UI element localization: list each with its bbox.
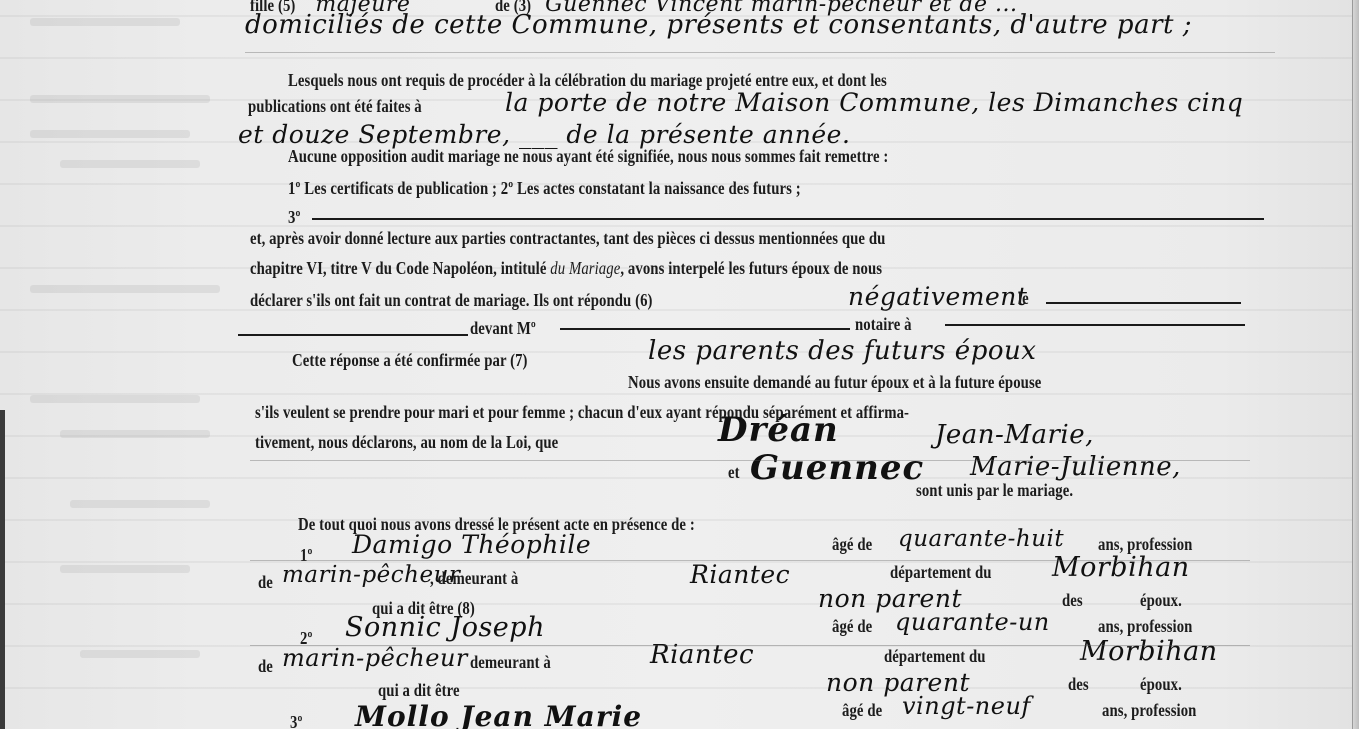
printed-label: âgé de bbox=[832, 534, 872, 555]
printed-label: ans, profession bbox=[1102, 700, 1196, 721]
blank-fill-line bbox=[312, 218, 1264, 220]
printed-label: département du bbox=[890, 562, 992, 583]
printed-label: publications ont été faites à bbox=[248, 96, 422, 117]
printed-paragraph-line: sont unis par le mariage. bbox=[916, 480, 1073, 501]
printed-text: déclarer s'ils ont fait un contrat de ma… bbox=[250, 290, 653, 311]
printed-label: le bbox=[1018, 288, 1029, 309]
blank-fill-line bbox=[238, 334, 468, 336]
handwritten-entry: négativement bbox=[848, 282, 1027, 311]
witness-name: Mollo Jean Marie bbox=[355, 700, 642, 729]
witness-name: Damigo Théophile bbox=[352, 530, 591, 559]
groom-given-names: Jean-Marie, bbox=[935, 420, 1094, 450]
witness-name: Sonnic Joseph bbox=[345, 612, 545, 643]
handwritten-entry: et douze Septembre, ___ de la présente a… bbox=[238, 120, 850, 149]
bleed-through-text bbox=[70, 500, 210, 508]
witness-department: Morbihan bbox=[1052, 552, 1190, 583]
printed-label: des bbox=[1068, 674, 1089, 695]
printed-label: et bbox=[728, 462, 740, 483]
ruled-line bbox=[250, 645, 1250, 646]
printed-paragraph-line: et, après avoir donné lecture aux partie… bbox=[250, 228, 885, 249]
witness-age: quarante-un bbox=[895, 608, 1050, 636]
handwritten-domicile-line: domiciliés de cette Commune, présents et… bbox=[245, 10, 1192, 40]
printed-label: de bbox=[258, 572, 273, 593]
bleed-through-text bbox=[30, 285, 220, 293]
printed-label: notaire à bbox=[855, 314, 912, 335]
printed-paragraph-line: Nous avons ensuite demandé au futur épou… bbox=[628, 372, 1041, 393]
printed-text-a: chapitre VI, titre V du Code Napoléon, i… bbox=[250, 258, 546, 278]
page-right-edge bbox=[1352, 0, 1359, 729]
groom-surname: Dréan bbox=[718, 410, 839, 450]
printed-label: âgé de bbox=[832, 616, 872, 637]
printed-label: demeurant à bbox=[470, 652, 551, 673]
publication-line: publications ont été faites à bbox=[248, 96, 460, 117]
printed-label: de bbox=[258, 656, 273, 677]
witness-number: 3º bbox=[290, 712, 302, 729]
printed-label: Cette réponse a été confirmée par (7) bbox=[292, 350, 528, 371]
printed-label: époux. bbox=[1140, 590, 1182, 611]
handwritten-entry: la porte de notre Maison Commune, les Di… bbox=[505, 88, 1243, 117]
blank-fill-line bbox=[560, 328, 850, 330]
printed-label: qui a dit être bbox=[378, 680, 460, 701]
printed-paragraph-line: tivement, nous déclarons, au nom de la L… bbox=[255, 432, 558, 453]
printed-text-b: , avons interpelé les futurs époux de no… bbox=[620, 258, 882, 278]
bride-surname: Guennec bbox=[750, 448, 924, 488]
bleed-through-text bbox=[60, 160, 200, 168]
blank-fill-line bbox=[945, 324, 1245, 326]
ruled-line bbox=[250, 460, 1250, 461]
witness-profession: marin-pêcheur bbox=[282, 644, 468, 672]
printed-italic-title: du Mariage bbox=[550, 258, 620, 278]
printed-label: des bbox=[1062, 590, 1083, 611]
bleed-through-text bbox=[30, 95, 210, 103]
code-napoleon-line: chapitre VI, titre V du Code Napoléon, i… bbox=[250, 258, 1021, 279]
blank-fill-line bbox=[1046, 302, 1241, 304]
handwritten-entry: les parents des futurs époux bbox=[648, 336, 1036, 366]
contract-line: déclarer s'ils ont fait un contrat de ma… bbox=[250, 290, 741, 311]
printed-label: , demeurant à bbox=[430, 568, 518, 589]
printed-label: époux. bbox=[1140, 674, 1182, 695]
bleed-through-text bbox=[30, 18, 180, 26]
ruled-line bbox=[250, 560, 1250, 561]
bride-given-names: Marie-Julienne, bbox=[970, 452, 1181, 482]
bleed-through-text bbox=[60, 430, 210, 438]
bleed-through-text bbox=[30, 395, 200, 403]
bleed-through-text bbox=[80, 650, 200, 658]
printed-item-number: 3º bbox=[288, 207, 300, 228]
printed-label: âgé de bbox=[842, 700, 882, 721]
bleed-through-text bbox=[30, 130, 190, 138]
witness-age: quarante-huit bbox=[898, 526, 1064, 552]
printed-paragraph-line: 1º Les certificats de publication ; 2º L… bbox=[288, 178, 801, 199]
witness-age: vingt-neuf bbox=[902, 692, 1031, 720]
printed-label: ans, profession bbox=[1098, 616, 1192, 637]
scanned-document-page: fille (5) majeure de (3) Guennec Vincent… bbox=[0, 0, 1359, 729]
ruled-line bbox=[245, 52, 1275, 53]
page-left-edge-shadow bbox=[0, 410, 5, 729]
witness-department: Morbihan bbox=[1080, 636, 1218, 667]
bleed-through-text bbox=[60, 565, 190, 573]
printed-label: devant Mº bbox=[470, 318, 536, 339]
printed-text: chapitre VI, titre V du Code Napoléon, i… bbox=[250, 258, 882, 279]
printed-paragraph-line: Aucune opposition audit mariage ne nous … bbox=[288, 146, 888, 167]
witness-residence: Riantec bbox=[690, 560, 790, 589]
printed-label: département du bbox=[884, 646, 986, 667]
